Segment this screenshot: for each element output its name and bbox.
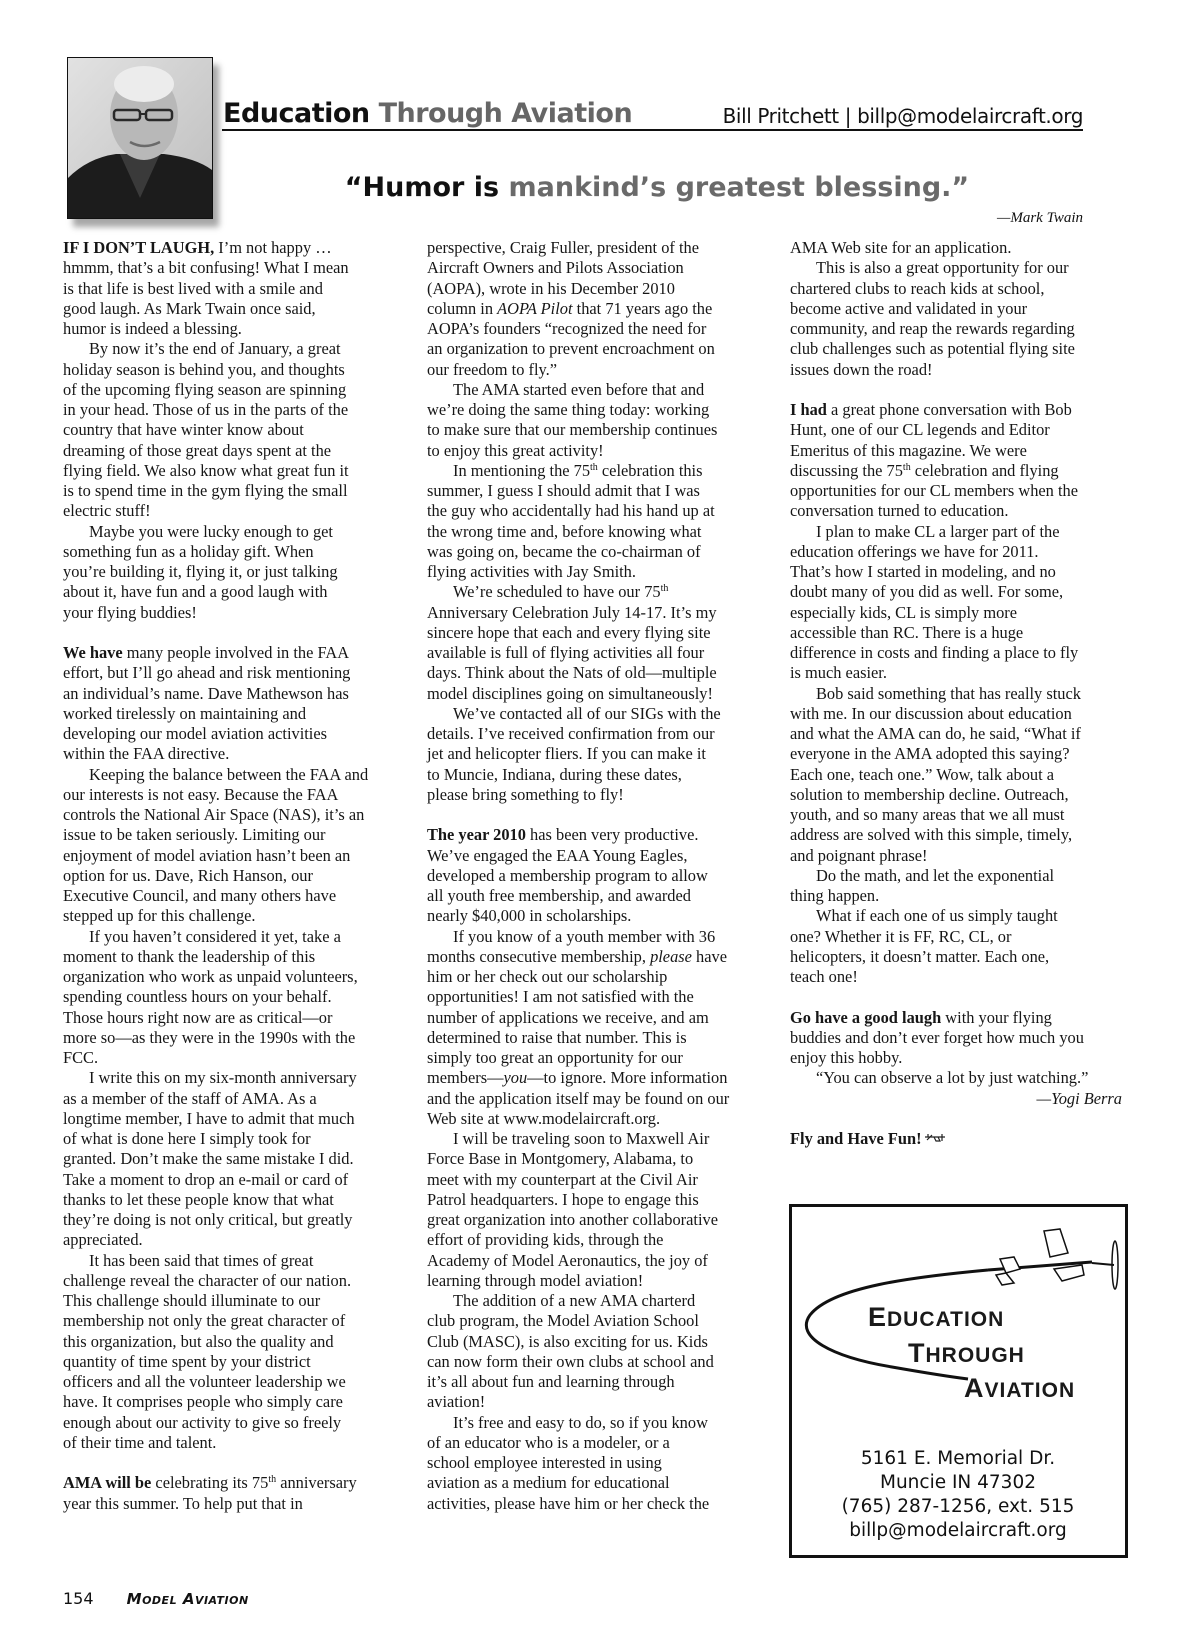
paragraph: AMA Web site for an application. bbox=[790, 238, 1122, 258]
paragraph: This is also a great opportunity for our… bbox=[790, 258, 1122, 380]
page-footer: 154 MODEL AVIATION bbox=[63, 1589, 249, 1608]
paragraph: AMA will be celebrating its 75th anniver… bbox=[63, 1473, 395, 1514]
logo-word-aviation: AVIATION bbox=[964, 1373, 1075, 1404]
signoff: Fly and Have Fun! bbox=[790, 1129, 1122, 1149]
paragraph: If you haven’t considered it yet, take a… bbox=[63, 927, 395, 1069]
section-gap bbox=[790, 380, 1122, 400]
paragraph: It’s free and easy to do, so if you know… bbox=[427, 1413, 759, 1514]
closing-quote: “You can observe a lot by just watching.… bbox=[790, 1068, 1122, 1109]
author-email-link[interactable]: billp@modelaircraft.org bbox=[857, 104, 1083, 128]
paragraph: IF I DON’T LAUGH, I’m not happy … hmmm, … bbox=[63, 238, 395, 339]
logo-word-education: EDUCATION bbox=[868, 1302, 1004, 1333]
paragraph: We have many people involved in the FAA … bbox=[63, 643, 395, 765]
pull-quote-open: “Humor is bbox=[345, 172, 499, 203]
website-link[interactable]: Web site at www.modelaircraft.org. bbox=[427, 1109, 759, 1129]
closing-quote-attribution: —Yogi Berra bbox=[790, 1089, 1122, 1109]
paragraph: I plan to make CL a larger part of the e… bbox=[790, 522, 1122, 684]
page-number: 154 bbox=[63, 1589, 94, 1608]
section-gap bbox=[790, 1109, 1122, 1129]
paragraph: What if each one of us simply taught one… bbox=[790, 906, 1122, 987]
byline: Bill Pritchett|billp@modelaircraft.org bbox=[723, 104, 1083, 128]
paragraph: I had a great phone conversation with Bo… bbox=[790, 400, 1122, 522]
section-gap bbox=[63, 623, 395, 643]
pull-quote: “Humor is mankind’s greatest blessing.” bbox=[0, 172, 1204, 203]
airplane-icon bbox=[924, 1133, 946, 1143]
paragraph: We’ve contacted all of our SIGs with the… bbox=[427, 704, 759, 805]
lead-in: IF I DON’T LAUGH, bbox=[63, 238, 214, 257]
column-title: Education Through Aviation bbox=[223, 98, 632, 129]
pull-quote-attribution: —Mark Twain bbox=[997, 210, 1083, 227]
paragraph: perspective, Craig Fuller, president of … bbox=[427, 238, 759, 380]
paragraph: The AMA started even before that and we’… bbox=[427, 380, 759, 461]
section-gap bbox=[790, 987, 1122, 1007]
paragraph: I will be traveling soon to Maxwell Air … bbox=[427, 1129, 759, 1291]
city-state-zip: Muncie IN 47302 bbox=[792, 1471, 1124, 1495]
paragraph: If you know of a youth member with 36 mo… bbox=[427, 927, 759, 1130]
article-column-2: perspective, Craig Fuller, president of … bbox=[427, 238, 759, 1514]
lead-in: We have bbox=[63, 643, 123, 662]
logo-word-through: THROUGH bbox=[908, 1338, 1025, 1369]
byline-separator: | bbox=[845, 104, 851, 128]
paragraph: We’re scheduled to have our 75th Anniver… bbox=[427, 582, 759, 704]
section-gap bbox=[427, 805, 759, 825]
section-gap bbox=[63, 1453, 395, 1473]
paragraph: I write this on my six-month anniversary… bbox=[63, 1068, 395, 1250]
paragraph: Go have a good laugh with your flying bu… bbox=[790, 1008, 1122, 1069]
paragraph: Do the math, and let the exponential thi… bbox=[790, 866, 1122, 907]
paragraph: Maybe you were lucky enough to get somet… bbox=[63, 522, 395, 623]
paragraph: In mentioning the 75th celebration this … bbox=[427, 461, 759, 583]
pull-quote-rest: mankind’s greatest blessing.” bbox=[509, 172, 970, 203]
lead-in: AMA will be bbox=[63, 1473, 151, 1492]
lead-in: Go have a good laugh bbox=[790, 1008, 941, 1027]
paragraph: By now it’s the end of January, a great … bbox=[63, 339, 395, 521]
contact-email-link[interactable]: billp@modelaircraft.org bbox=[792, 1519, 1124, 1543]
article-column-3: AMA Web site for an application. This is… bbox=[790, 238, 1122, 1149]
header-rule bbox=[222, 129, 1083, 131]
paragraph: The year 2010 has been very productive. … bbox=[427, 825, 759, 926]
lead-in: I had bbox=[790, 400, 827, 419]
paragraph: Bob said something that has really stuck… bbox=[790, 684, 1122, 866]
magazine-name: MODEL AVIATION bbox=[127, 1590, 249, 1608]
article-column-1: IF I DON’T LAUGH, I’m not happy … hmmm, … bbox=[63, 238, 395, 1514]
street-address: 5161 E. Memorial Dr. bbox=[792, 1447, 1124, 1471]
education-through-aviation-logo-box: EDUCATION THROUGH AVIATION 5161 E. Memor… bbox=[789, 1204, 1128, 1558]
paragraph: The addition of a new AMA charterd club … bbox=[427, 1291, 759, 1413]
author-name: Bill Pritchett bbox=[723, 104, 839, 128]
signoff-text: Fly and Have Fun! bbox=[790, 1129, 922, 1148]
publication-name: AOPA Pilot bbox=[497, 299, 572, 318]
column-title-word1: Education bbox=[223, 98, 370, 129]
paragraph: It has been said that times of great cha… bbox=[63, 1251, 395, 1454]
lead-in: The year 2010 bbox=[427, 825, 526, 844]
contact-block: 5161 E. Memorial Dr. Muncie IN 47302 (76… bbox=[792, 1447, 1124, 1543]
paragraph: Keeping the balance between the FAA and … bbox=[63, 765, 395, 927]
phone-number: (765) 287-1256, ext. 515 bbox=[792, 1495, 1124, 1519]
column-title-word2: Through Aviation bbox=[379, 98, 633, 129]
